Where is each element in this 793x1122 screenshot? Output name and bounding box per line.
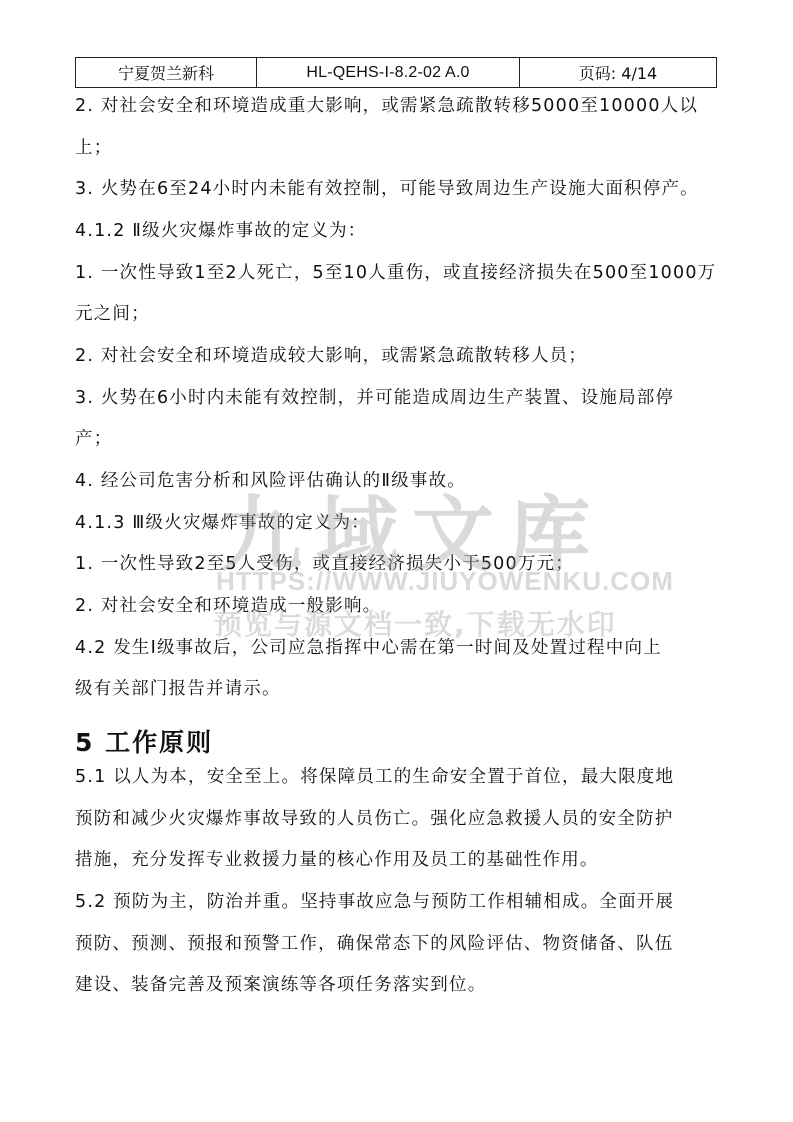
text-line: 1. 一次性导致1至2人死亡，5至10人重伤，或直接经济损失在500至1000万 xyxy=(75,262,716,284)
text-line: 措施，充分发挥专业救援力量的核心作用及员工的基础性作用。 xyxy=(75,849,599,871)
section-heading: 5 工作原则 xyxy=(75,728,213,758)
header-company: 宁夏贺兰新科 xyxy=(76,58,257,87)
text-line: 4.2 发生Ⅰ级事故后，公司应急指挥中心需在第一时间及处置过程中向上 xyxy=(75,637,662,659)
header-page-number: 页码: 4/14 xyxy=(520,58,716,87)
text-line: 元之间； xyxy=(75,303,150,325)
text-line: 4.1.2 Ⅱ级火灾爆炸事故的定义为： xyxy=(75,220,367,242)
text-line: 上； xyxy=(75,137,112,159)
header-doc-code: HL-QEHS-I-8.2-02 A.0 xyxy=(257,58,520,87)
text-line: 2. 对社会安全和环境造成一般影响。 xyxy=(75,595,381,617)
text-line: 3. 火势在6小时内未能有效控制，并可能造成周边生产装置、设施局部停 xyxy=(75,387,674,409)
text-line: 级有关部门报告并请示。 xyxy=(75,678,281,700)
text-line: 2. 对社会安全和环境造成较大影响，或需紧急疏散转移人员； xyxy=(75,345,587,367)
text-line: 5.1 以人为本，安全至上。将保障员工的生命安全置于首位，最大限度地 xyxy=(75,766,674,788)
text-line: 5.2 预防为主，防治并重。坚持事故应急与预防工作相辅相成。全面开展 xyxy=(75,891,674,913)
text-line: 1. 一次性导致2至5人受伤，或直接经济损失小于500万元； xyxy=(75,553,574,575)
text-line: 4.1.3 Ⅲ级火灾爆炸事故的定义为： xyxy=(75,512,370,534)
text-line: 建设、装备完善及预案演练等各项任务落实到位。 xyxy=(75,974,486,996)
text-line: 产； xyxy=(75,428,112,450)
header-table: 宁夏贺兰新科 HL-QEHS-I-8.2-02 A.0 页码: 4/14 xyxy=(75,57,717,88)
text-line: 2. 对社会安全和环境造成重大影响，或需紧急疏散转移5000至10000人以 xyxy=(75,95,698,117)
document-page: 宁夏贺兰新科 HL-QEHS-I-8.2-02 A.0 页码: 4/14 2. … xyxy=(0,0,793,1122)
text-line: 预防和减少火灾爆炸事故导致的人员伤亡。强化应急救援人员的安全防护 xyxy=(75,808,673,830)
text-line: 3. 火势在6至24小时内未能有效控制，可能导致周边生产设施大面积停产。 xyxy=(75,178,699,200)
text-line: 4. 经公司危害分析和风险评估确认的Ⅱ级事故。 xyxy=(75,470,466,492)
text-line: 预防、预测、预报和预警工作，确保常态下的风险评估、物资储备、队伍 xyxy=(75,933,673,955)
